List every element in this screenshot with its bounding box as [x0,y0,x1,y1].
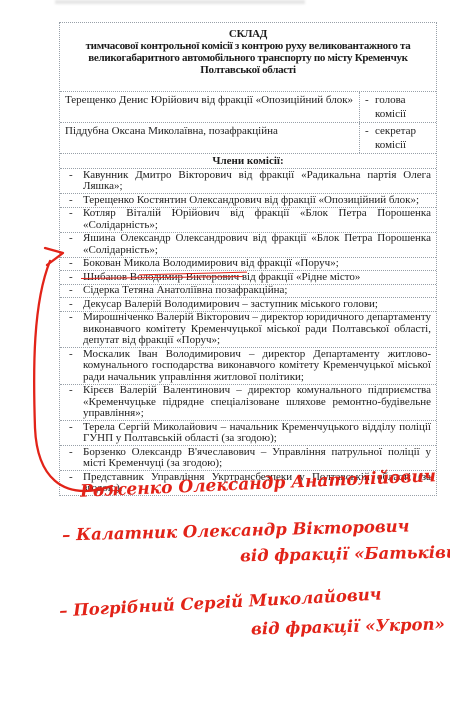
member-text: Терещенко Костянтин Олександрович від фр… [83,194,433,207]
member-text: Кавунник Дмитро Вікторович від фракції «… [83,169,433,193]
officer-row-secretary: Піддубна Оксана Миколаївна, позафракційн… [60,123,436,154]
document-title: СКЛАД тимчасової контрольної комісії з к… [60,23,436,92]
member-row: - Борзенко Олександр В'ячеславович – Упр… [60,446,436,471]
member-row: - Москалик Іван Володимирович – директор… [60,348,436,385]
role-text: секретар комісії [375,124,435,152]
member-text: Кірєєв Валерій Валентинович – директор к… [83,385,433,421]
bullet-dash: - [69,194,83,207]
member-row: - Шибанов Володимир Вікторович від фракц… [60,271,436,285]
title-line-2: тимчасової контрольної комісії з контрою… [66,40,430,52]
bullet-dash: - [69,312,83,348]
member-row: - Бокован Микола Володимирович від фракц… [60,258,436,272]
member-text: Мирошніченко Валерій Вікторович – директ… [83,312,433,348]
member-row: - Сідерка Тетяна Анатоліївна позафракцій… [60,285,436,299]
handwritten-note-pohribnyi-name: – Погрібний Сергій Миколайович [59,585,382,621]
member-row: - Кавунник Дмитро Вікторович від фракції… [60,169,436,194]
officer-role: - секретар комісії [360,123,436,153]
handwritten-note-kalatnyk-faction: від фракції «Батьківщина» [240,542,450,566]
document-page: СКЛАД тимчасової контрольної комісії з к… [0,0,450,720]
bullet-dash: - [69,233,83,257]
bullet-dash: - [69,385,83,421]
member-text: Москалик Іван Володимирович – директор Д… [83,348,433,384]
role-text: голова комісії [375,93,435,121]
member-row: - Декусар Валерій Володимирович – заступ… [60,298,436,312]
commission-table: СКЛАД тимчасової контрольної комісії з к… [59,22,437,496]
member-row: - Котляр Віталій Юрійович від фракції «Б… [60,208,436,233]
members-list: - Кавунник Дмитро Вікторович від фракції… [60,169,436,495]
member-text: Котляр Віталій Юрійович від фракції «Бло… [83,208,433,232]
member-row: - Кірєєв Валерій Валентинович – директор… [60,385,436,422]
struck-member-name: Шибанов Володимир Вікторович [83,271,239,283]
member-row: - Терещенко Костянтин Олександрович від … [60,194,436,208]
handwritten-note-kalatnyk-name: – Калатник Олександр Вікторович [62,516,410,544]
officer-name: Терещенко Денис Юрійович від фракції «Оп… [60,92,360,122]
member-text: Сідерка Тетяна Анатоліївна позафракційна… [83,285,433,298]
title-line-3: великогабаритного автомобільного транспо… [66,52,430,64]
title-line-1: СКЛАД [66,28,430,40]
member-text: Борзенко Олександр В'ячеславович – Управ… [83,446,433,470]
member-text: Бокован Микола Володимирович від фракції… [83,258,433,271]
bullet-dash: - [69,348,83,384]
bullet-dash: - [69,446,83,470]
member-text: Шибанов Володимир Вікторович від фракції… [83,271,433,284]
bullet-dash: - [69,298,83,311]
bullet-dash: - [69,208,83,232]
officer-role: - голова комісії [360,92,436,122]
scan-artifact-top [55,0,305,4]
member-text: Терела Сергій Миколайович – начальник Кр… [83,421,433,445]
officer-row-head: Терещенко Денис Юрійович від фракції «Оп… [60,92,436,123]
bullet-dash: - [69,258,83,271]
role-dash: - [365,93,375,121]
title-line-4: Полтавської області [66,64,430,76]
member-row: - Мирошніченко Валерій Вікторович – дире… [60,312,436,349]
officer-name: Піддубна Оксана Миколаївна, позафракційн… [60,123,360,153]
member-text: Яшина Олександр Олександрович від фракці… [83,233,433,257]
member-text: Декусар Валерій Володимирович – заступни… [83,298,433,311]
bullet-dash: - [69,421,83,445]
members-header: Члени комісії: [60,154,436,169]
member-row: - Яшина Олександр Олександрович від фрак… [60,233,436,258]
role-dash: - [365,124,375,152]
member-row: - Терела Сергій Миколайович – начальник … [60,421,436,446]
bullet-dash: - [69,285,83,298]
handwritten-note-pohribnyi-faction: від фракції «Укроп» [251,614,445,638]
bullet-dash: - [69,169,83,193]
